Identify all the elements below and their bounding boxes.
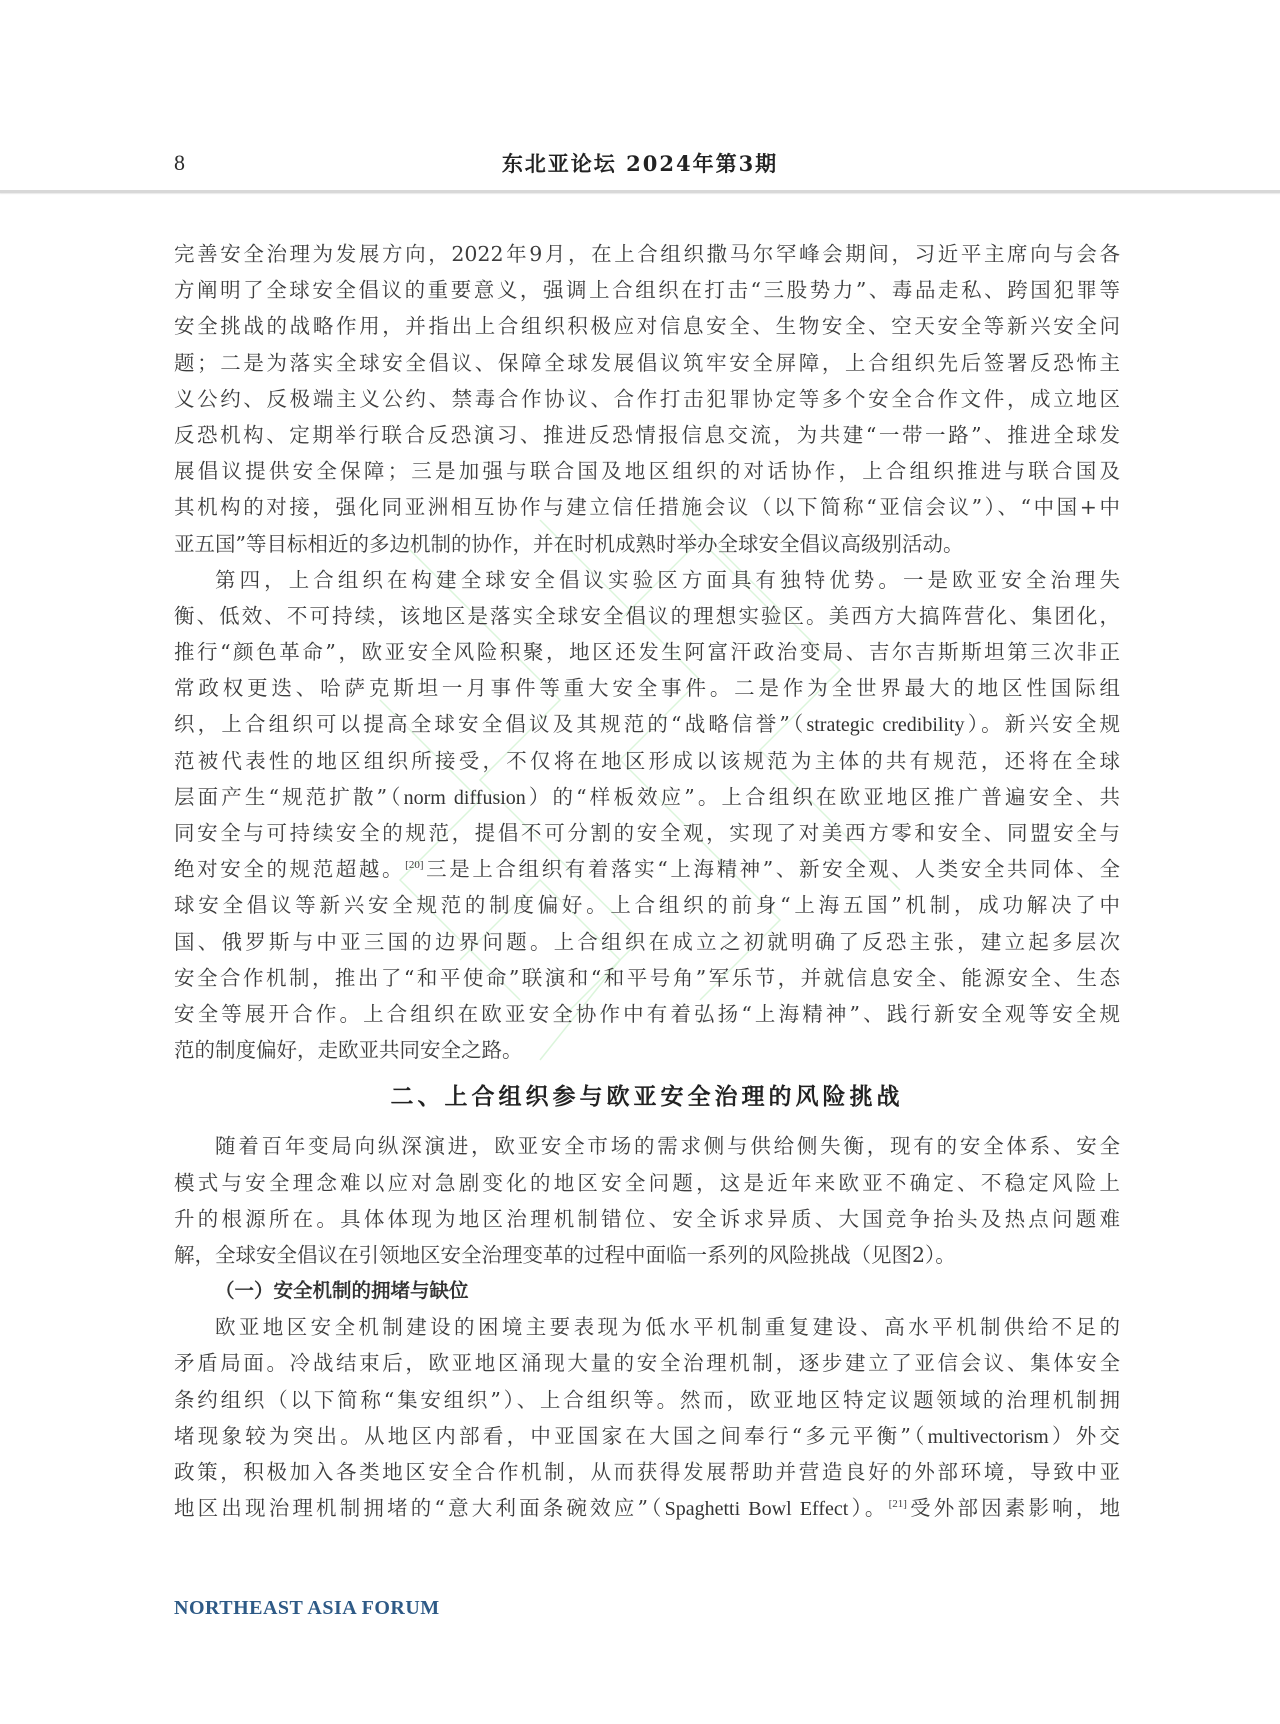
text-line: 矛盾局面。冷战结束后，欧亚地区涌现大量的安全治理机制，逐步建立了亚信会议、集体安… bbox=[174, 1345, 1120, 1381]
text-line: 国、俄罗斯与中亚三国的边界问题。上合组织在成立之初就明确了反恐主张，建立起多层次 bbox=[174, 924, 1120, 960]
journal-footer: NORTHEAST ASIA FORUM bbox=[174, 1597, 440, 1620]
text-line: 反恐机构、定期举行联合反恐演习、推进反恐情报信息交流，为共建“一带一路”、推进全… bbox=[174, 417, 1120, 453]
text-line: 球安全倡议等新兴安全规范的制度偏好。上合组织的前身“上海五国”机制，成功解决了中 bbox=[174, 887, 1120, 923]
text-line: 随着百年变局向纵深演进，欧亚安全市场的需求侧与供给侧失衡，现有的安全体系、安全 bbox=[174, 1128, 1120, 1164]
latin-term: norm diffusion bbox=[404, 787, 526, 809]
text-line: 政策，积极加入各类地区安全合作机制，从而获得发展帮助并营造良好的外部环境，导致中… bbox=[174, 1454, 1120, 1490]
latin-term: multivectorism bbox=[928, 1426, 1049, 1448]
citation-marker[interactable]: [21] bbox=[889, 1498, 907, 1510]
text-line: 第四，上合组织在构建全球安全倡议实验区方面具有独特优势。一是欧亚安全治理失 bbox=[174, 562, 1120, 598]
text-line: 亚五国”等目标相近的多边机制的协作，并在时机成熟时举办全球安全倡议高级别活动。 bbox=[174, 526, 1120, 562]
text-line: 模式与安全理念难以应对急剧变化的地区安全问题，这是近年来欧亚不确定、不稳定风险上 bbox=[174, 1165, 1120, 1201]
header-rule bbox=[0, 190, 1280, 193]
text-line: 常政权更迭、哈萨克斯坦一月事件等重大安全事件。二是作为全世界最大的地区性国际组 bbox=[174, 670, 1120, 706]
section-heading: 二、上合组织参与欧亚安全治理的风险挑战 bbox=[174, 1072, 1120, 1122]
text-line: 义公约、反极端主义公约、禁毒合作协议、合作打击犯罪协定等多个安全合作文件，成立地… bbox=[174, 381, 1120, 417]
text-line: 范的制度偏好，走欧亚共同安全之路。 bbox=[174, 1032, 1120, 1068]
text-line: 范被代表性的地区组织所接受，不仅将在地区形成以该规范为主体的共有规范，还将在全球 bbox=[174, 743, 1120, 779]
text-line: 完善安全治理为发展方向，2022年9月，在上合组织撒马尔罕峰会期间，习近平主席向… bbox=[174, 236, 1120, 272]
article-body: 完善安全治理为发展方向，2022年9月，在上合组织撒马尔罕峰会期间，习近平主席向… bbox=[174, 236, 1120, 1526]
running-title: 东北亚论坛 2024年第3期 bbox=[0, 148, 1280, 178]
text-line: 升的根源所在。具体体现为地区治理机制错位、安全诉求异质、大国竞争抬头及热点问题难 bbox=[174, 1201, 1120, 1237]
text-line: 展倡议提供安全保障；三是加强与联合国及地区组织的对话协作，上合组织推进与联合国及 bbox=[174, 453, 1120, 489]
text-line: 绝对安全的规范超越。[20]三是上合组织有着落实“上海精神”、新安全观、人类安全… bbox=[174, 851, 1120, 887]
text-line: 织，上合组织可以提高全球安全倡议及其规范的“战略信誉”（strategic cr… bbox=[174, 706, 1120, 742]
text-line: 安全合作机制，推出了“和平使命”联演和“和平号角”军乐节，并就信息安全、能源安全… bbox=[174, 960, 1120, 996]
text-line: 解，全球安全倡议在引领地区安全治理变革的过程中面临一系列的风险挑战（见图2）。 bbox=[174, 1237, 1120, 1273]
latin-term: strategic credibility bbox=[806, 714, 964, 736]
text-line: 层面产生“规范扩散”（norm diffusion）的“样板效应”。上合组织在欧… bbox=[174, 779, 1120, 815]
text-line: 安全等展开合作。上合组织在欧亚安全协作中有着弘扬“上海精神”、践行新安全观等安全… bbox=[174, 996, 1120, 1032]
subsection-heading: （一）安全机制的拥堵与缺位 bbox=[174, 1273, 1120, 1309]
text-line: 条约组织（以下简称“集安组织”）、上合组织等。然而，欧亚地区特定议题领域的治理机… bbox=[174, 1382, 1120, 1418]
text-line: 同安全与可持续安全的规范，提倡不可分割的安全观，实现了对美西方零和安全、同盟安全… bbox=[174, 815, 1120, 851]
paragraph-p1: 完善安全治理为发展方向，2022年9月，在上合组织撒马尔罕峰会期间，习近平主席向… bbox=[174, 236, 1120, 562]
paragraph-p3: 随着百年变局向纵深演进，欧亚安全市场的需求侧与供给侧失衡，现有的安全体系、安全模… bbox=[174, 1128, 1120, 1273]
text-line: 安全挑战的战略作用，并指出上合组织积极应对信息安全、生物安全、空天安全等新兴安全… bbox=[174, 308, 1120, 344]
text-line: 方阐明了全球安全倡议的重要意义，强调上合组织在打击“三股势力”、毒品走私、跨国犯… bbox=[174, 272, 1120, 308]
text-line: 堵现象较为突出。从地区内部看，中亚国家在大国之间奉行“多元平衡”（multive… bbox=[174, 1418, 1120, 1454]
text-line: 题；二是为落实全球安全倡议、保障全球发展倡议筑牢安全屏障，上合组织先后签署反恐怖… bbox=[174, 345, 1120, 381]
text-line: 其机构的对接，强化同亚洲相互协作与建立信任措施会议（以下简称“亚信会议”）、“中… bbox=[174, 489, 1120, 525]
text-line: 地区出现治理机制拥堵的“意大利面条碗效应”（Spaghetti Bowl Eff… bbox=[174, 1490, 1120, 1526]
text-line: 衡、低效、不可持续，该地区是落实全球安全倡议的理想实验区。美西方大搞阵营化、集团… bbox=[174, 598, 1120, 634]
text-line: 推行“颜色革命”，欧亚安全风险积聚，地区还发生阿富汗政治变局、吉尔吉斯斯坦第三次… bbox=[174, 634, 1120, 670]
paragraph-p4: 欧亚地区安全机制建设的困境主要表现为低水平机制重复建设、高水平机制供给不足的矛盾… bbox=[174, 1309, 1120, 1526]
paragraph-p2: 第四，上合组织在构建全球安全倡议实验区方面具有独特优势。一是欧亚安全治理失衡、低… bbox=[174, 562, 1120, 1069]
text-line: 欧亚地区安全机制建设的困境主要表现为低水平机制重复建设、高水平机制供给不足的 bbox=[174, 1309, 1120, 1345]
latin-term: Spaghetti Bowl Effect bbox=[665, 1498, 849, 1520]
citation-marker[interactable]: [20] bbox=[405, 859, 423, 871]
page-header: 8 东北亚论坛 2024年第3期 bbox=[0, 0, 1280, 192]
